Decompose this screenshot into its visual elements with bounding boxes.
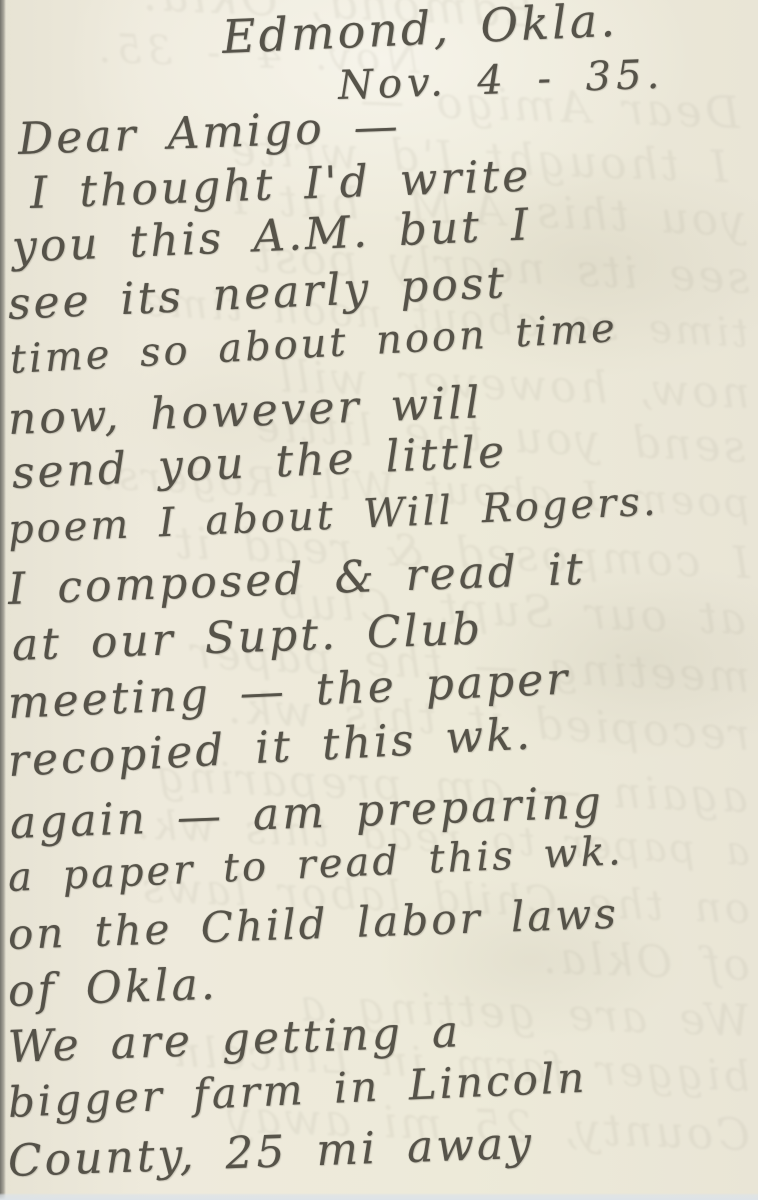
handwritten-letter-scan: Edmond, Okla. Nov. 4 - 35. Dear Amigo — … [0, 0, 758, 1200]
dateline-place: Edmond, Okla. [221, 0, 619, 60]
dateline-date: Nov. 4 - 35. [337, 55, 665, 106]
letter-text: Edmond, Okla. Nov. 4 - 35. Dear Amigo — … [0, 0, 758, 1200]
letter-line: County, 25 mi away [7, 1122, 534, 1184]
letter-line: on the Child labor laws [7, 893, 619, 956]
scan-edge-bottom [0, 1193, 758, 1200]
letter-line: I composed & read it [7, 548, 586, 612]
scan-edge-left [0, 0, 6, 1200]
letter-line: at our Supt. Club [11, 608, 484, 668]
salutation-line: Dear Amigo — [17, 105, 401, 162]
letter-line: of Okla. [7, 963, 218, 1014]
